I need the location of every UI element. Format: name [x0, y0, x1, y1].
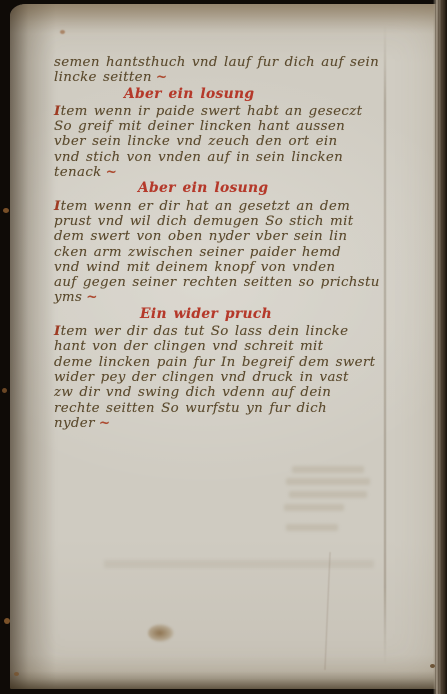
line-text: lincke seitten — [54, 70, 152, 85]
line-flourish — [350, 198, 354, 214]
line-flourish — [348, 323, 352, 339]
line-text: prust vnd wil dich demugen So stich mit — [54, 214, 353, 229]
line-text: zw dir vnd swing dich vdenn auf dein — [54, 385, 331, 400]
line-flourish — [335, 259, 339, 275]
book-fore-edge — [433, 0, 447, 694]
manuscript-line: wider pey der clingen vnd druck in vast — [54, 370, 430, 385]
line-text: deme lincken pain fur In begreif dem swe… — [54, 355, 375, 370]
manuscript-line: cken arm zwischen seiner paider hemd — [54, 245, 430, 260]
manuscript-line: lincke seitten~ — [54, 70, 430, 85]
line-flourish — [337, 133, 341, 149]
line-text: nyder — [54, 416, 95, 431]
show-through-text — [286, 524, 338, 531]
manuscript-line: dem swert von oben nyder vber sein lin — [54, 229, 430, 244]
line-flourish — [341, 244, 345, 260]
show-through-text — [286, 478, 370, 485]
line-text: auf gegen seiner rechten seitten so pric… — [54, 275, 380, 290]
show-through-text — [104, 560, 374, 568]
line-flourish: ~ — [102, 164, 118, 180]
line-flourish — [375, 354, 379, 370]
stain-speck — [3, 208, 9, 213]
binding-gutter-shadow — [10, 4, 56, 689]
page-top-edge-shadow — [10, 4, 443, 34]
line-flourish — [343, 149, 347, 165]
manuscript-line: rechte seitten So wurfstu yn fur dich — [54, 401, 430, 416]
manuscript-text-block: semen hantsthuch vnd lauf fur dich auf s… — [54, 55, 430, 431]
line-flourish — [362, 103, 366, 119]
manuscript-line: semen hantsthuch vnd lauf fur dich auf s… — [54, 55, 430, 70]
line-text: semen hantsthuch vnd lauf fur dich auf s… — [54, 55, 379, 70]
manuscript-line: hant von der clingen vnd schreit mit — [54, 339, 430, 354]
manuscript-line: tenack~ — [54, 165, 430, 180]
line-text: dem swert von oben nyder vber sein lin — [54, 229, 347, 244]
page-bottom-edge-shadow — [10, 671, 443, 689]
line-text: Item wenn ir paide swert habt an geseczt — [54, 104, 362, 119]
manuscript-line: zw dir vnd swing dich vdenn auf dein — [54, 385, 430, 400]
heading-text: Ein wider pruch — [140, 306, 272, 322]
line-text: Item wer dir das tut So lass dein lincke — [54, 324, 348, 339]
line-text: cken arm zwischen seiner paider hemd — [54, 245, 341, 260]
line-flourish — [379, 54, 383, 70]
manuscript-line: Item wenn er dir hat an gesetzt an dem — [54, 199, 430, 214]
manuscript-line: vnd wind mit deinem knopf von vnden — [54, 260, 430, 275]
line-text: So greif mit deiner lincken hant aussen — [54, 119, 345, 134]
line-flourish — [353, 213, 357, 229]
manuscript-line: yms~ — [54, 290, 430, 305]
line-flourish — [345, 118, 349, 134]
show-through-text — [292, 466, 364, 473]
line-text: vnd stich von vnden auf in sein lincken — [54, 150, 343, 165]
show-through-text — [284, 504, 344, 511]
manuscript-line: Item wer dir das tut So lass dein lincke — [54, 324, 430, 339]
heading-text: Aber ein losung — [138, 180, 268, 196]
rubric-heading: Ein wider pruch — [140, 307, 430, 322]
line-flourish: ~ — [95, 415, 111, 431]
line-text: tenack — [54, 165, 102, 180]
manuscript-line: auf gegen seiner rechten seitten so pric… — [54, 275, 430, 290]
rubric-heading: Aber ein losung — [138, 181, 430, 196]
manuscript-line: deme lincken pain fur In begreif dem swe… — [54, 355, 430, 370]
stain-spot — [148, 624, 174, 642]
rubric-heading: Aber ein losung — [124, 87, 430, 102]
line-text: vnd wind mit deinem knopf von vnden — [54, 260, 335, 275]
manuscript-line: vber sein lincke vnd zeuch den ort ein — [54, 134, 430, 149]
line-flourish — [349, 369, 353, 385]
line-text: hant von der clingen vnd schreit mit — [54, 339, 323, 354]
line-text: rechte seitten So wurfstu yn fur dich — [54, 401, 327, 416]
line-flourish — [331, 384, 335, 400]
line-text: yms — [54, 290, 82, 305]
line-text: Item wenn er dir hat an gesetzt an dem — [54, 199, 350, 214]
line-flourish — [327, 400, 331, 416]
line-flourish — [380, 274, 384, 290]
manuscript-line: prust vnd wil dich demugen So stich mit — [54, 214, 430, 229]
line-flourish: ~ — [82, 289, 98, 305]
show-through-text — [289, 491, 367, 498]
manuscript-photo: semen hantsthuch vnd lauf fur dich auf s… — [0, 0, 447, 694]
line-flourish: ~ — [152, 69, 168, 85]
stain-speck — [430, 664, 435, 668]
line-text: vber sein lincke vnd zeuch den ort ein — [54, 134, 337, 149]
manuscript-line: vnd stich von vnden auf in sein lincken — [54, 150, 430, 165]
line-flourish — [323, 338, 327, 354]
stain-speck — [2, 388, 7, 393]
stain-speck — [4, 618, 10, 624]
line-flourish — [347, 228, 351, 244]
heading-text: Aber ein losung — [124, 86, 254, 102]
stain-speck — [14, 672, 19, 676]
stain-speck — [60, 30, 65, 34]
manuscript-line: nyder~ — [54, 416, 430, 431]
manuscript-line: Item wenn ir paide swert habt an geseczt — [54, 104, 430, 119]
manuscript-line: So greif mit deiner lincken hant aussen — [54, 119, 430, 134]
line-text: wider pey der clingen vnd druck in vast — [54, 370, 349, 385]
